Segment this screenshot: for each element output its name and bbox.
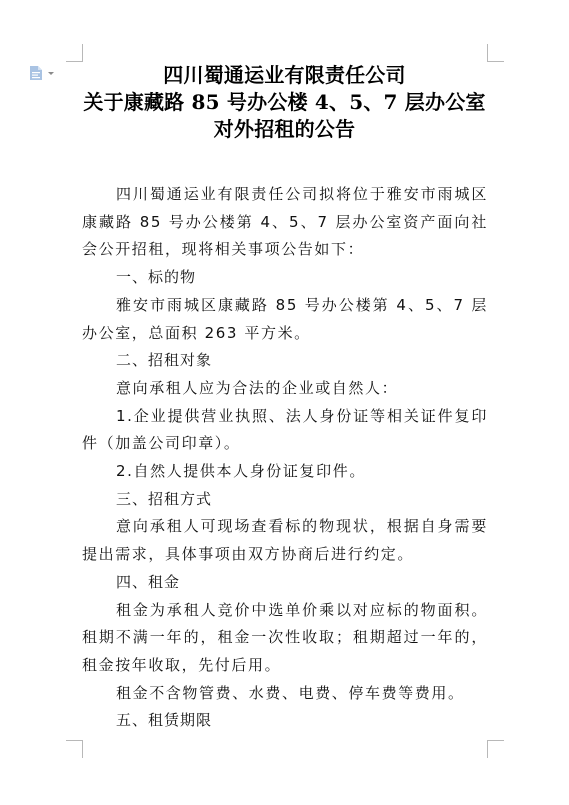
- crop-mark-top-left: [66, 44, 83, 62]
- section-paragraph: 2.自然人提供本人身份证复印件。: [82, 458, 488, 486]
- section-paragraph: 意向承租人可现场查看标的物现状，根据自身需要提出需求，具体事项由双方协商后进行约…: [82, 513, 488, 568]
- section-heading-term: 五、租赁期限: [82, 707, 488, 735]
- section-heading-subject: 一、标的物: [82, 264, 488, 292]
- intro-paragraph: 四川蜀通运业有限责任公司拟将位于雅安市雨城区康藏路 85 号办公楼第 4、5、7…: [82, 181, 488, 264]
- section-paragraph: 意向承租人应为合法的企业或自然人：: [82, 375, 488, 403]
- crop-mark-bottom-right: [487, 740, 504, 758]
- section-paragraph: 租金不含物管费、水费、电费、停车费等费用。: [82, 680, 488, 708]
- section-paragraph: 雅安市雨城区康藏路 85 号办公楼第 4、5、7 层办公室，总面积 263 平方…: [82, 292, 488, 347]
- section-heading-tenants: 二、招租对象: [82, 347, 488, 375]
- document-page: 四川蜀通运业有限责任公司 关于康藏路 85 号办公楼 4、5、7 层办公室 对外…: [0, 0, 569, 805]
- section-paragraph: 租金为承租人竞价中选单价乘以对应标的物面积。租期不满一年的，租金一次性收取；租期…: [82, 597, 488, 680]
- document-title: 四川蜀通运业有限责任公司 关于康藏路 85 号办公楼 4、5、7 层办公室 对外…: [70, 62, 499, 143]
- section-heading-rent: 四、租金: [82, 569, 488, 597]
- chevron-down-icon[interactable]: [48, 72, 54, 75]
- section-paragraph: 1.企业提供营业执照、法人身份证等相关证件复印件（加盖公司印章）。: [82, 403, 488, 458]
- crop-mark-bottom-left: [66, 740, 83, 758]
- title-line-notice: 对外招租的公告: [70, 116, 499, 143]
- paragraph-layout-button[interactable]: [30, 65, 60, 81]
- crop-mark-top-right: [487, 44, 504, 62]
- title-line-subject: 关于康藏路 85 号办公楼 4、5、7 层办公室: [70, 89, 499, 116]
- section-heading-method: 三、招租方式: [82, 486, 488, 514]
- title-line-company: 四川蜀通运业有限责任公司: [70, 62, 499, 89]
- document-body: 四川蜀通运业有限责任公司拟将位于雅安市雨城区康藏路 85 号办公楼第 4、5、7…: [82, 181, 488, 735]
- document-icon: [30, 66, 42, 80]
